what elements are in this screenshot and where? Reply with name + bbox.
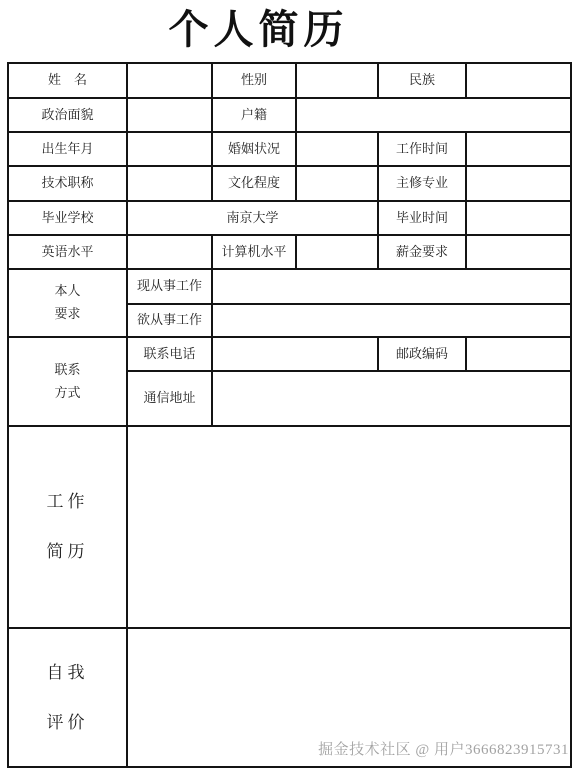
- field-english-level[interactable]: [127, 235, 212, 269]
- field-postal-code[interactable]: [466, 337, 571, 371]
- field-household-registration[interactable]: [296, 98, 571, 132]
- field-computer-level[interactable]: [296, 235, 378, 269]
- field-political-status[interactable]: [127, 98, 212, 132]
- label-graduation-time: 毕业时间: [378, 201, 466, 235]
- section-label-work-history: 工作 简历: [8, 426, 127, 628]
- label-desired-job: 欲从事工作: [127, 304, 212, 337]
- label-technical-title: 技术职称: [8, 166, 127, 201]
- field-salary-requirement[interactable]: [466, 235, 571, 269]
- watermark-text: 掘金技术社区 @ 用户3666823915731: [318, 738, 569, 759]
- field-graduation-time[interactable]: [466, 201, 571, 235]
- label-birth-date: 出生年月: [8, 132, 127, 166]
- field-graduation-school[interactable]: 南京大学: [127, 201, 378, 235]
- section-label-self-evaluation: 自我 评价: [8, 628, 127, 767]
- label-mailing-address: 通信地址: [127, 371, 212, 426]
- page-title: 个人简历: [0, 4, 548, 56]
- row-political-household: 政治面貌 户籍: [8, 98, 571, 132]
- label-salary-requirement: 薪金要求: [378, 235, 466, 269]
- label-political-status: 政治面貌: [8, 98, 127, 132]
- row-phone-postal: 联系 方式 联系电话 邮政编码: [8, 337, 571, 371]
- label-phone: 联系电话: [127, 337, 212, 371]
- label-name: 姓 名: [8, 63, 127, 98]
- section-label-contact: 联系 方式: [8, 337, 127, 426]
- resume-table: 姓 名 性别 民族 政治面貌 户籍 出生年月 婚姻状况 工作时间 技术职称 文化…: [7, 62, 572, 768]
- field-desired-job[interactable]: [212, 304, 571, 337]
- label-computer-level: 计算机水平: [212, 235, 296, 269]
- field-work-history[interactable]: [127, 426, 571, 628]
- field-birth-date[interactable]: [127, 132, 212, 166]
- row-english-computer-salary: 英语水平 计算机水平 薪金要求: [8, 235, 571, 269]
- field-major[interactable]: [466, 166, 571, 201]
- field-current-job[interactable]: [212, 269, 571, 304]
- field-education-level[interactable]: [296, 166, 378, 201]
- row-name-gender-ethnicity: 姓 名 性别 民族: [8, 63, 571, 98]
- label-english-level: 英语水平: [8, 235, 127, 269]
- section-label-personal-request: 本人 要求: [8, 269, 127, 337]
- label-ethnicity: 民族: [378, 63, 466, 98]
- field-gender[interactable]: [296, 63, 378, 98]
- label-marital-status: 婚姻状况: [212, 132, 296, 166]
- label-graduation-school: 毕业学校: [8, 201, 127, 235]
- label-major: 主修专业: [378, 166, 466, 201]
- row-school-gradtime: 毕业学校 南京大学 毕业时间: [8, 201, 571, 235]
- label-current-job: 现从事工作: [127, 269, 212, 304]
- label-household-registration: 户籍: [212, 98, 296, 132]
- row-title-education-major: 技术职称 文化程度 主修专业: [8, 166, 571, 201]
- row-birth-marital-worktime: 出生年月 婚姻状况 工作时间: [8, 132, 571, 166]
- field-marital-status[interactable]: [296, 132, 378, 166]
- row-current-job: 本人 要求 现从事工作: [8, 269, 571, 304]
- field-mailing-address[interactable]: [212, 371, 571, 426]
- field-technical-title[interactable]: [127, 166, 212, 201]
- field-name[interactable]: [127, 63, 212, 98]
- label-postal-code: 邮政编码: [378, 337, 466, 371]
- field-ethnicity[interactable]: [466, 63, 571, 98]
- label-gender: 性别: [212, 63, 296, 98]
- field-phone[interactable]: [212, 337, 378, 371]
- row-work-history: 工作 简历: [8, 426, 571, 628]
- field-work-time[interactable]: [466, 132, 571, 166]
- label-work-time: 工作时间: [378, 132, 466, 166]
- label-education-level: 文化程度: [212, 166, 296, 201]
